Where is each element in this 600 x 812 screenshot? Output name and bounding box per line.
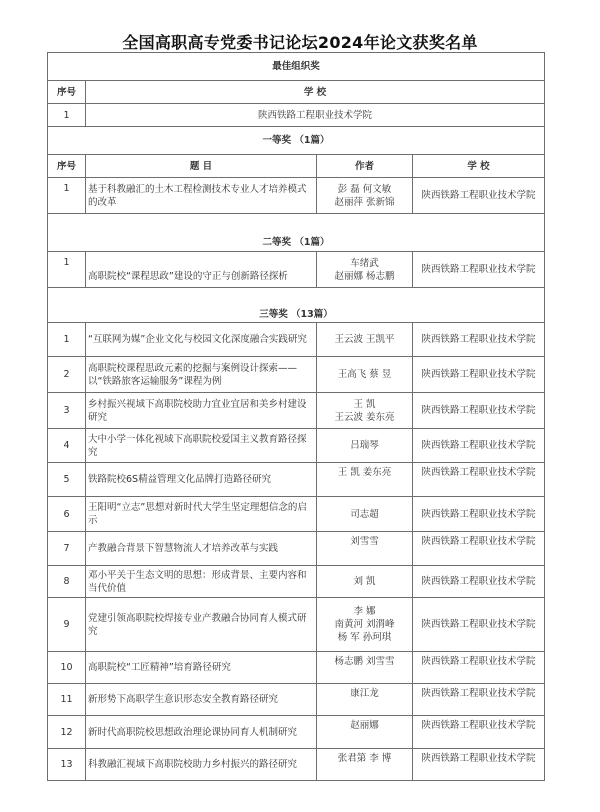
table-row: 9 党建引领高职院校焊接专业产教融合协同育人模式研究 李 娜 南黄河 刘渭峰 杨…	[48, 598, 545, 652]
row-school: 陕西铁路工程职业技术学院	[413, 252, 545, 288]
table-row: 12 新时代高职院校思想政治理论课协同育人机制研究 赵丽娜 陕西铁路工程职业技术…	[48, 716, 545, 749]
table-row: 13 科教融汇视域下高职院校助力乡村振兴的路径研究 张君第 李 博 陕西铁路工程…	[48, 749, 545, 781]
section-third-prize: 三等奖 （13篇）	[48, 288, 545, 323]
table-row: 11 新形势下高职学生意识形态安全教育路径研究 康江龙 陕西铁路工程职业技术学院	[48, 684, 545, 716]
row-authors: 赵丽娜	[317, 716, 413, 749]
row-no: 12	[48, 716, 86, 749]
row-no: 3	[48, 393, 86, 429]
row-no: 1	[48, 178, 86, 214]
row-authors: 康江龙	[317, 684, 413, 716]
document-title: 全国高职高专党委书记论坛2024年论文获奖名单	[0, 30, 600, 53]
row-title: 高职院校“课程思政”建设的守正与创新路径探析	[86, 252, 317, 288]
row-title: 乡村振兴视域下高职院校助力宜业宜居和美乡村建设研究	[86, 393, 317, 429]
row-school: 陕西铁路工程职业技术学院	[413, 323, 545, 357]
table-row: 6 王阳明“立志”思想对新时代大学生坚定理想信念的启示 司志超 陕西铁路工程职业…	[48, 497, 545, 532]
row-no: 9	[48, 598, 86, 652]
section-heading: 最佳组织奖	[48, 53, 545, 81]
row-title: 党建引领高职院校焊接专业产教融合协同育人模式研究	[86, 598, 317, 652]
table-row: 1 陕西铁路工程职业技术学院	[48, 104, 545, 127]
row-title: 铁路院校6S精益管理文化品牌打造路径研究	[86, 463, 317, 497]
header-row: 序号 题 目 作者 学 校	[48, 155, 545, 178]
header-school: 学 校	[86, 81, 545, 104]
row-title: 新形势下高职学生意识形态安全教育路径研究	[86, 684, 317, 716]
table-row: 10 高职院校“工匠精神”培育路径研究 杨志鹏 刘雪雪 陕西铁路工程职业技术学院	[48, 652, 545, 684]
section-second-prize: 二等奖 （1篇）	[48, 214, 545, 252]
row-school: 陕西铁路工程职业技术学院	[413, 566, 545, 598]
row-title: 邓小平关于生态文明的思想：形成背景、主要内容和当代价值	[86, 566, 317, 598]
row-authors: 司志超	[317, 497, 413, 532]
row-no: 7	[48, 532, 86, 566]
table-row: 7 产教融合背景下智慧物流人才培养改革与实践 刘雪雪 陕西铁路工程职业技术学院	[48, 532, 545, 566]
table-row: 3 乡村振兴视域下高职院校助力宜业宜居和美乡村建设研究 王 凯 王云波 姜东亮 …	[48, 393, 545, 429]
row-school: 陕西铁路工程职业技术学院	[413, 429, 545, 463]
row-authors: 杨志鹏 刘雪雪	[317, 652, 413, 684]
row-title: 新时代高职院校思想政治理论课协同育人机制研究	[86, 716, 317, 749]
row-school: 陕西铁路工程职业技术学院	[413, 716, 545, 749]
row-title: “互联网为媒”企业文化与校园文化深度融合实践研究	[86, 323, 317, 357]
row-no: 10	[48, 652, 86, 684]
row-school: 陕西铁路工程职业技术学院	[413, 532, 545, 566]
row-no: 13	[48, 749, 86, 781]
section-heading: 一等奖 （1篇）	[48, 127, 545, 155]
row-no: 6	[48, 497, 86, 532]
header-authors: 作者	[317, 155, 413, 178]
header-no: 序号	[48, 81, 86, 104]
section-heading: 二等奖 （1篇）	[48, 214, 545, 252]
header-school: 学 校	[413, 155, 545, 178]
header-no: 序号	[48, 155, 86, 178]
row-authors: 李 娜 南黄河 刘渭峰 杨 军 孙珂琪	[317, 598, 413, 652]
row-authors: 彭 磊 何文敏 赵丽萍 张新锦	[317, 178, 413, 214]
row-school: 陕西铁路工程职业技术学院	[413, 178, 545, 214]
row-school: 陕西铁路工程职业技术学院	[413, 497, 545, 532]
row-authors: 王 凯 姜东亮	[317, 463, 413, 497]
header-title: 题 目	[86, 155, 317, 178]
row-school: 陕西铁路工程职业技术学院	[413, 393, 545, 429]
row-authors: 刘 凯	[317, 566, 413, 598]
section-best-org: 最佳组织奖	[48, 53, 545, 81]
row-authors: 王云波 王凯平	[317, 323, 413, 357]
row-school: 陕西铁路工程职业技术学院	[413, 684, 545, 716]
row-no: 11	[48, 684, 86, 716]
row-no: 1	[48, 104, 86, 127]
row-title: 高职院校课程思政元素的挖掘与案例设计探索——以“铁路旅客运输服务”课程为例	[86, 357, 317, 393]
row-school: 陕西铁路工程职业技术学院	[86, 104, 545, 127]
table-row: 2 高职院校课程思政元素的挖掘与案例设计探索——以“铁路旅客运输服务”课程为例 …	[48, 357, 545, 393]
row-title: 大中小学一体化视域下高职院校爱国主义教育路径探究	[86, 429, 317, 463]
table-row: 4 大中小学一体化视域下高职院校爱国主义教育路径探究 吕瑞琴 陕西铁路工程职业技…	[48, 429, 545, 463]
row-school: 陕西铁路工程职业技术学院	[413, 652, 545, 684]
row-no: 5	[48, 463, 86, 497]
table-row: 1 基于科教融汇的土木工程检测技术专业人才培养模式的改革 彭 磊 何文敏 赵丽萍…	[48, 178, 545, 214]
row-authors: 王高飞 蔡 昱	[317, 357, 413, 393]
header-row: 序号 学 校	[48, 81, 545, 104]
row-no: 8	[48, 566, 86, 598]
row-school: 陕西铁路工程职业技术学院	[413, 749, 545, 781]
row-title: 高职院校“工匠精神”培育路径研究	[86, 652, 317, 684]
row-title: 基于科教融汇的土木工程检测技术专业人才培养模式的改革	[86, 178, 317, 214]
row-authors: 张君第 李 博	[317, 749, 413, 781]
row-no: 1	[48, 252, 86, 288]
table-row: 1 高职院校“课程思政”建设的守正与创新路径探析 车绪武 赵丽娜 杨志鹏 陕西铁…	[48, 252, 545, 288]
table-row: 1 “互联网为媒”企业文化与校园文化深度融合实践研究 王云波 王凯平 陕西铁路工…	[48, 323, 545, 357]
row-authors: 王 凯 王云波 姜东亮	[317, 393, 413, 429]
row-school: 陕西铁路工程职业技术学院	[413, 463, 545, 497]
row-authors: 车绪武 赵丽娜 杨志鹏	[317, 252, 413, 288]
row-authors: 吕瑞琴	[317, 429, 413, 463]
row-no: 4	[48, 429, 86, 463]
row-no: 1	[48, 323, 86, 357]
section-heading: 三等奖 （13篇）	[48, 288, 545, 323]
row-authors: 刘雪雪	[317, 532, 413, 566]
section-first-prize: 一等奖 （1篇）	[48, 127, 545, 155]
row-school: 陕西铁路工程职业技术学院	[413, 598, 545, 652]
row-title: 王阳明“立志”思想对新时代大学生坚定理想信念的启示	[86, 497, 317, 532]
table-row: 5 铁路院校6S精益管理文化品牌打造路径研究 王 凯 姜东亮 陕西铁路工程职业技…	[48, 463, 545, 497]
row-title: 科教融汇视域下高职院校助力乡村振兴的路径研究	[86, 749, 317, 781]
row-title: 产教融合背景下智慧物流人才培养改革与实践	[86, 532, 317, 566]
row-no: 2	[48, 357, 86, 393]
awards-table: 最佳组织奖 序号 学 校 1 陕西铁路工程职业技术学院 一等奖 （1篇） 序号 …	[47, 52, 545, 781]
table-row: 8 邓小平关于生态文明的思想：形成背景、主要内容和当代价值 刘 凯 陕西铁路工程…	[48, 566, 545, 598]
row-school: 陕西铁路工程职业技术学院	[413, 357, 545, 393]
